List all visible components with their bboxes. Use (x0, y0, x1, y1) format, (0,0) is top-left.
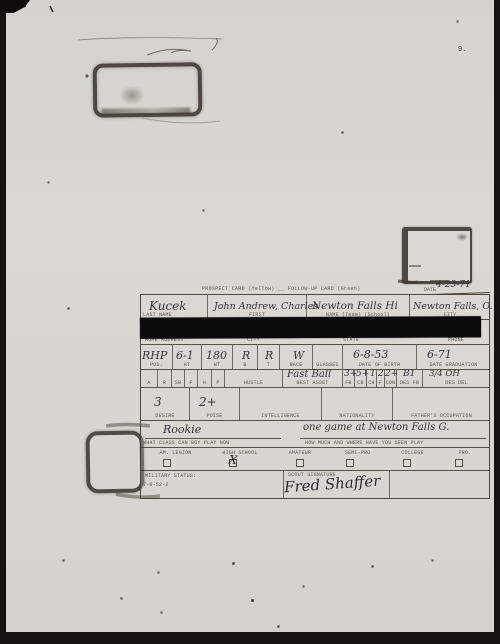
date-label: DATE (424, 287, 436, 293)
amateur-label: AMATEUR (289, 451, 311, 456)
military-status-value: 7-0-52-2 (143, 483, 169, 488)
card-type-heading: PROSPECT CARD (Yellow) __ FOLLOW-UP CARD… (202, 286, 360, 292)
best-asset-label: BEST ASSET (296, 381, 328, 386)
skills-row: A R SB F H P HUSTLE Fast Ball BEST ASSET… (141, 370, 489, 388)
desire-value: 3 (154, 396, 162, 408)
makeup-row: 3 DESIRE 2+ POISE INTELLIGENCE NATIONALI… (141, 388, 489, 421)
ch-grade-label: CH (368, 381, 374, 386)
field-fb-grade: 3+ FB (343, 370, 355, 387)
field-position: RHP POS. (141, 345, 173, 369)
footer-row: MILITARY STATUS: 7-0-52-2 SCOUT SIGNATUR… (141, 471, 489, 498)
field-control-grade: 2+ CON (385, 370, 397, 387)
hustle-label: HUSTLE (244, 381, 263, 386)
ink-stamp-bottom-left (85, 430, 144, 493)
best-asset-value: Fast Ball (287, 370, 331, 380)
field-cb-grade: 5+ CB (355, 370, 367, 387)
fb-grade-label: FB (345, 381, 351, 386)
field-f-grade: 2 F (377, 370, 385, 387)
field-des-fb: B1 DES FB (397, 370, 423, 387)
throws-label: T (267, 363, 270, 368)
glasses-label: GLASSES (316, 363, 338, 368)
field-military-status: MILITARY STATUS: 7-0-52-2 (141, 471, 284, 498)
level-high-school: HIGH SCHOOL X (210, 448, 270, 470)
page-number: 9. (458, 46, 466, 54)
bats-label: B (243, 363, 246, 368)
experience-row: Rookie WHAT CLASS CAN BOY PLAY NOW one g… (141, 421, 489, 448)
redaction-bar (140, 316, 481, 338)
power-label: P (216, 381, 219, 386)
level-am-legion: AM. LEGION (141, 448, 210, 470)
des-delivery-label: DES DEL (445, 381, 467, 386)
level-pro: PRO. (440, 448, 490, 470)
class-now-label: WHAT CLASS CAN BOY PLAY NOW (143, 441, 229, 446)
field-desire: 3 DESIRE (141, 388, 190, 420)
field-poise: 2+ POISE (190, 388, 240, 420)
field-team-school: Newton Falls Hi NAME (Team) (School) (307, 295, 410, 319)
arm-label: A (147, 381, 150, 386)
address-phone-label: PHONE (448, 338, 464, 343)
field-hitting: H (198, 370, 212, 387)
field-first-name: John Andrew, Charles FIRST (208, 295, 307, 319)
position-label: POS. (150, 363, 163, 368)
field-last-name: Kucek LAST NAME (141, 295, 208, 319)
address-state-label: STATE (343, 338, 359, 343)
field-weight: 180 WT (202, 345, 233, 369)
levels-row: AM. LEGION HIGH SCHOOL X AMATEUR SEMI-PR… (141, 448, 489, 471)
f-grade-label: F (379, 381, 382, 386)
des-delivery-value: 3/4 OH (429, 370, 460, 379)
field-hustle: HUSTLE (225, 370, 283, 387)
semi-pro-label: SEMI-PRO (345, 451, 371, 456)
city-value: Newton Falls, O. (413, 302, 493, 312)
field-best-asset: Fast Ball BEST ASSET (283, 370, 343, 387)
class-now-line (145, 438, 281, 439)
position-value: RHP (142, 350, 167, 361)
date-value: 4-23-71 (436, 281, 471, 290)
weight-label: WT (214, 363, 220, 368)
sb-label: SB (175, 381, 181, 386)
intelligence-label: INTELLIGENCE (261, 414, 299, 419)
fathers-occupation-label: FATHER'S OCCUPATION (411, 414, 472, 419)
date-of-birth-value: 6-8-53 (353, 349, 388, 360)
college-checkbox (403, 459, 411, 467)
prospect-card-form: PROSPECT CARD (Yellow) __ FOLLOW-UP CARD… (140, 283, 492, 499)
level-amateur: AMATEUR (270, 448, 330, 470)
des-fb-value: B1 (403, 370, 415, 379)
level-college: COLLEGE (385, 448, 440, 470)
am-legion-checkbox (163, 459, 171, 467)
military-status-label: MILITARY STATUS: (145, 474, 196, 479)
field-race: W RACE (280, 345, 313, 369)
height-label: HT (184, 363, 190, 368)
field-intelligence: INTELLIGENCE (240, 388, 322, 420)
seen-play-label: HOW MUCH AND WHERE HAVE YOU SEEN PLAY (305, 441, 423, 446)
field-fielding: F (185, 370, 198, 387)
last-name-value: Kucek (149, 300, 187, 312)
race-label: RACE (290, 363, 303, 368)
am-legion-label: AM. LEGION (159, 451, 191, 456)
first-name-value: John Andrew, Charles (214, 302, 318, 312)
field-seen-play: one game at Newton Falls G. HOW MUCH AND… (295, 421, 490, 447)
team-school-value: Newton Falls Hi (312, 301, 398, 312)
pro-label: PRO. (459, 451, 472, 456)
date-graduation-value: 6-71 (427, 349, 452, 360)
field-des-delivery: 3/4 OH DES DEL (423, 370, 490, 387)
class-now-value: Rookie (163, 424, 201, 435)
poise-label: POISE (206, 414, 222, 419)
f-grade-value: 2 (378, 370, 384, 379)
run-label: R (163, 381, 166, 386)
desire-label: DESIRE (155, 414, 174, 419)
height-value: 6-1 (176, 350, 194, 361)
cb-grade-label: CB (357, 381, 363, 386)
level-semi-pro: SEMI-PRO (330, 448, 385, 470)
card-header: PROSPECT CARD (Yellow) __ FOLLOW-UP CARD… (140, 283, 492, 294)
field-bats: R B (233, 345, 258, 369)
date-graduation-label: DATE GRADUATION (429, 363, 477, 368)
field-sb: SB (172, 370, 185, 387)
field-scout-signature: SCOUT SIGNATURE Fred Shaffer (284, 471, 390, 498)
college-label: COLLEGE (401, 451, 423, 456)
field-throws: R T (258, 345, 280, 369)
ch-grade-value: 1 (370, 370, 376, 379)
throws-value: R (265, 350, 273, 361)
ink-stamp-top (93, 62, 203, 118)
field-date-graduation: 6-71 DATE GRADUATION (417, 345, 490, 369)
ink-stamp-right (402, 227, 472, 284)
poise-value: 2+ (199, 396, 217, 408)
amateur-checkbox (296, 459, 304, 467)
des-fb-label: DES FB (400, 381, 419, 386)
field-fathers-occupation: FATHER'S OCCUPATION (393, 388, 490, 420)
seen-play-line (300, 438, 486, 439)
date-of-birth-label: DATE OF BIRTH (359, 363, 401, 368)
high-school-label: HIGH SCHOOL (222, 451, 257, 456)
field-run: R (158, 370, 172, 387)
field-height: 6-1 HT (173, 345, 202, 369)
field-glasses: GLASSES (313, 345, 343, 369)
field-power: P (212, 370, 225, 387)
address-city-label: CITY (247, 338, 260, 343)
field-ch-grade: 1 CH (367, 370, 377, 387)
nationality-label: NATIONALITY (339, 414, 374, 419)
bats-value: R (242, 350, 250, 361)
weight-value: 180 (206, 350, 227, 361)
hitting-label: H (203, 381, 206, 386)
fielding-label: F (189, 381, 192, 386)
field-arm: A (141, 370, 158, 387)
control-grade-label: CON (386, 381, 396, 386)
footer-empty-cell (390, 471, 490, 498)
race-value: W (293, 350, 304, 361)
high-school-check-mark: X (228, 453, 238, 468)
semi-pro-checkbox (346, 459, 354, 467)
field-class-now: Rookie WHAT CLASS CAN BOY PLAY NOW (141, 421, 295, 447)
home-address-label: HOME ADDRESS (145, 338, 183, 343)
pro-checkbox (455, 459, 463, 467)
field-date-of-birth: 6-8-53 DATE OF BIRTH (343, 345, 417, 369)
physical-row: RHP POS. 6-1 HT 180 WT R B R T W RACE (141, 345, 489, 370)
field-nationality: NATIONALITY (322, 388, 393, 420)
seen-play-value: one game at Newton Falls G. (303, 423, 449, 433)
